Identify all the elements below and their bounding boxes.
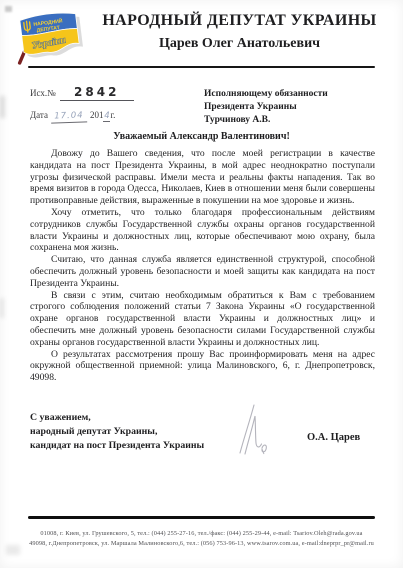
signoff-line: кандидат на пост Президента Украины — [30, 439, 204, 453]
paragraph: Хочу отметить, что только благодаря проф… — [30, 207, 375, 254]
recipient-line: Турчинову А.В. — [204, 114, 328, 127]
scan-smudge — [0, 96, 5, 118]
recipient-block: Исполняющему обязанности Президента Укра… — [204, 88, 328, 127]
letterhead-title: НАРОДНЫЙ ДЕПУТАТ УКРАИНЫ — [84, 12, 395, 30]
signoff-line: народный депутат Украины, — [30, 425, 204, 439]
paragraph: Довожу до Вашего сведения, что после мое… — [30, 148, 375, 207]
scanned-letter-page: НАРОДНИЙ ДЕПУТАТ України НАРОДНЫЙ ДЕПУТА… — [0, 0, 403, 568]
letterhead-deputy-name: Царев Олег Анатольевич — [84, 36, 395, 52]
footer-contact-line-kyiv: 01008, г. Киев, ул. Грушевского, 5, тел.… — [8, 529, 395, 539]
signer-name: О.А. Царев — [307, 432, 360, 443]
date-row: Дата17.042014г. — [30, 110, 115, 123]
scan-smudge — [0, 298, 4, 318]
scan-smudge — [5, 6, 12, 12]
outgoing-number-label: Исх.№ — [30, 88, 56, 98]
date-printed-year: 201 — [90, 110, 104, 120]
outgoing-number-field: 2842 — [60, 85, 134, 101]
ukraine-flag-badge-icon: НАРОДНИЙ ДЕПУТАТ України — [15, 8, 85, 66]
paragraph: Считаю, что данная служба является единс… — [30, 254, 375, 289]
header-divider — [28, 66, 375, 68]
letter-body: Довожу до Вашего сведения, что после мое… — [30, 148, 375, 384]
footer-divider — [28, 516, 375, 519]
recipient-line: Исполняющему обязанности — [204, 88, 328, 101]
footer-contact-line-dnipro: 49098, г.Днепропетровск, ул. Маршала Мал… — [8, 539, 395, 549]
letterhead: НАРОДНЫЙ ДЕПУТАТ УКРАИНЫ Царев Олег Анат… — [84, 12, 395, 52]
signoff-block: С уважением, народный депутат Украины, к… — [30, 411, 204, 453]
date-suffix: г. — [110, 110, 115, 120]
outgoing-number-value: 2842 — [74, 85, 119, 99]
paragraph: О результатах рассмотрения прошу Вас про… — [30, 349, 375, 384]
recipient-line: Президента Украины — [204, 101, 328, 114]
paragraph: В связи с этим, считаю необходимым обрат… — [30, 290, 375, 349]
date-handwritten-value: 17.04 — [51, 110, 87, 123]
outgoing-number-row: Исх.№2842 — [30, 85, 134, 101]
footer-contacts: 01008, г. Киев, ул. Грушевского, 5, тел.… — [8, 529, 395, 549]
date-label: Дата — [30, 110, 48, 120]
handwritten-signature — [233, 396, 279, 465]
salutation: Уважаемый Александр Валентинович! — [0, 131, 403, 142]
signoff-line: С уважением, — [30, 411, 204, 425]
